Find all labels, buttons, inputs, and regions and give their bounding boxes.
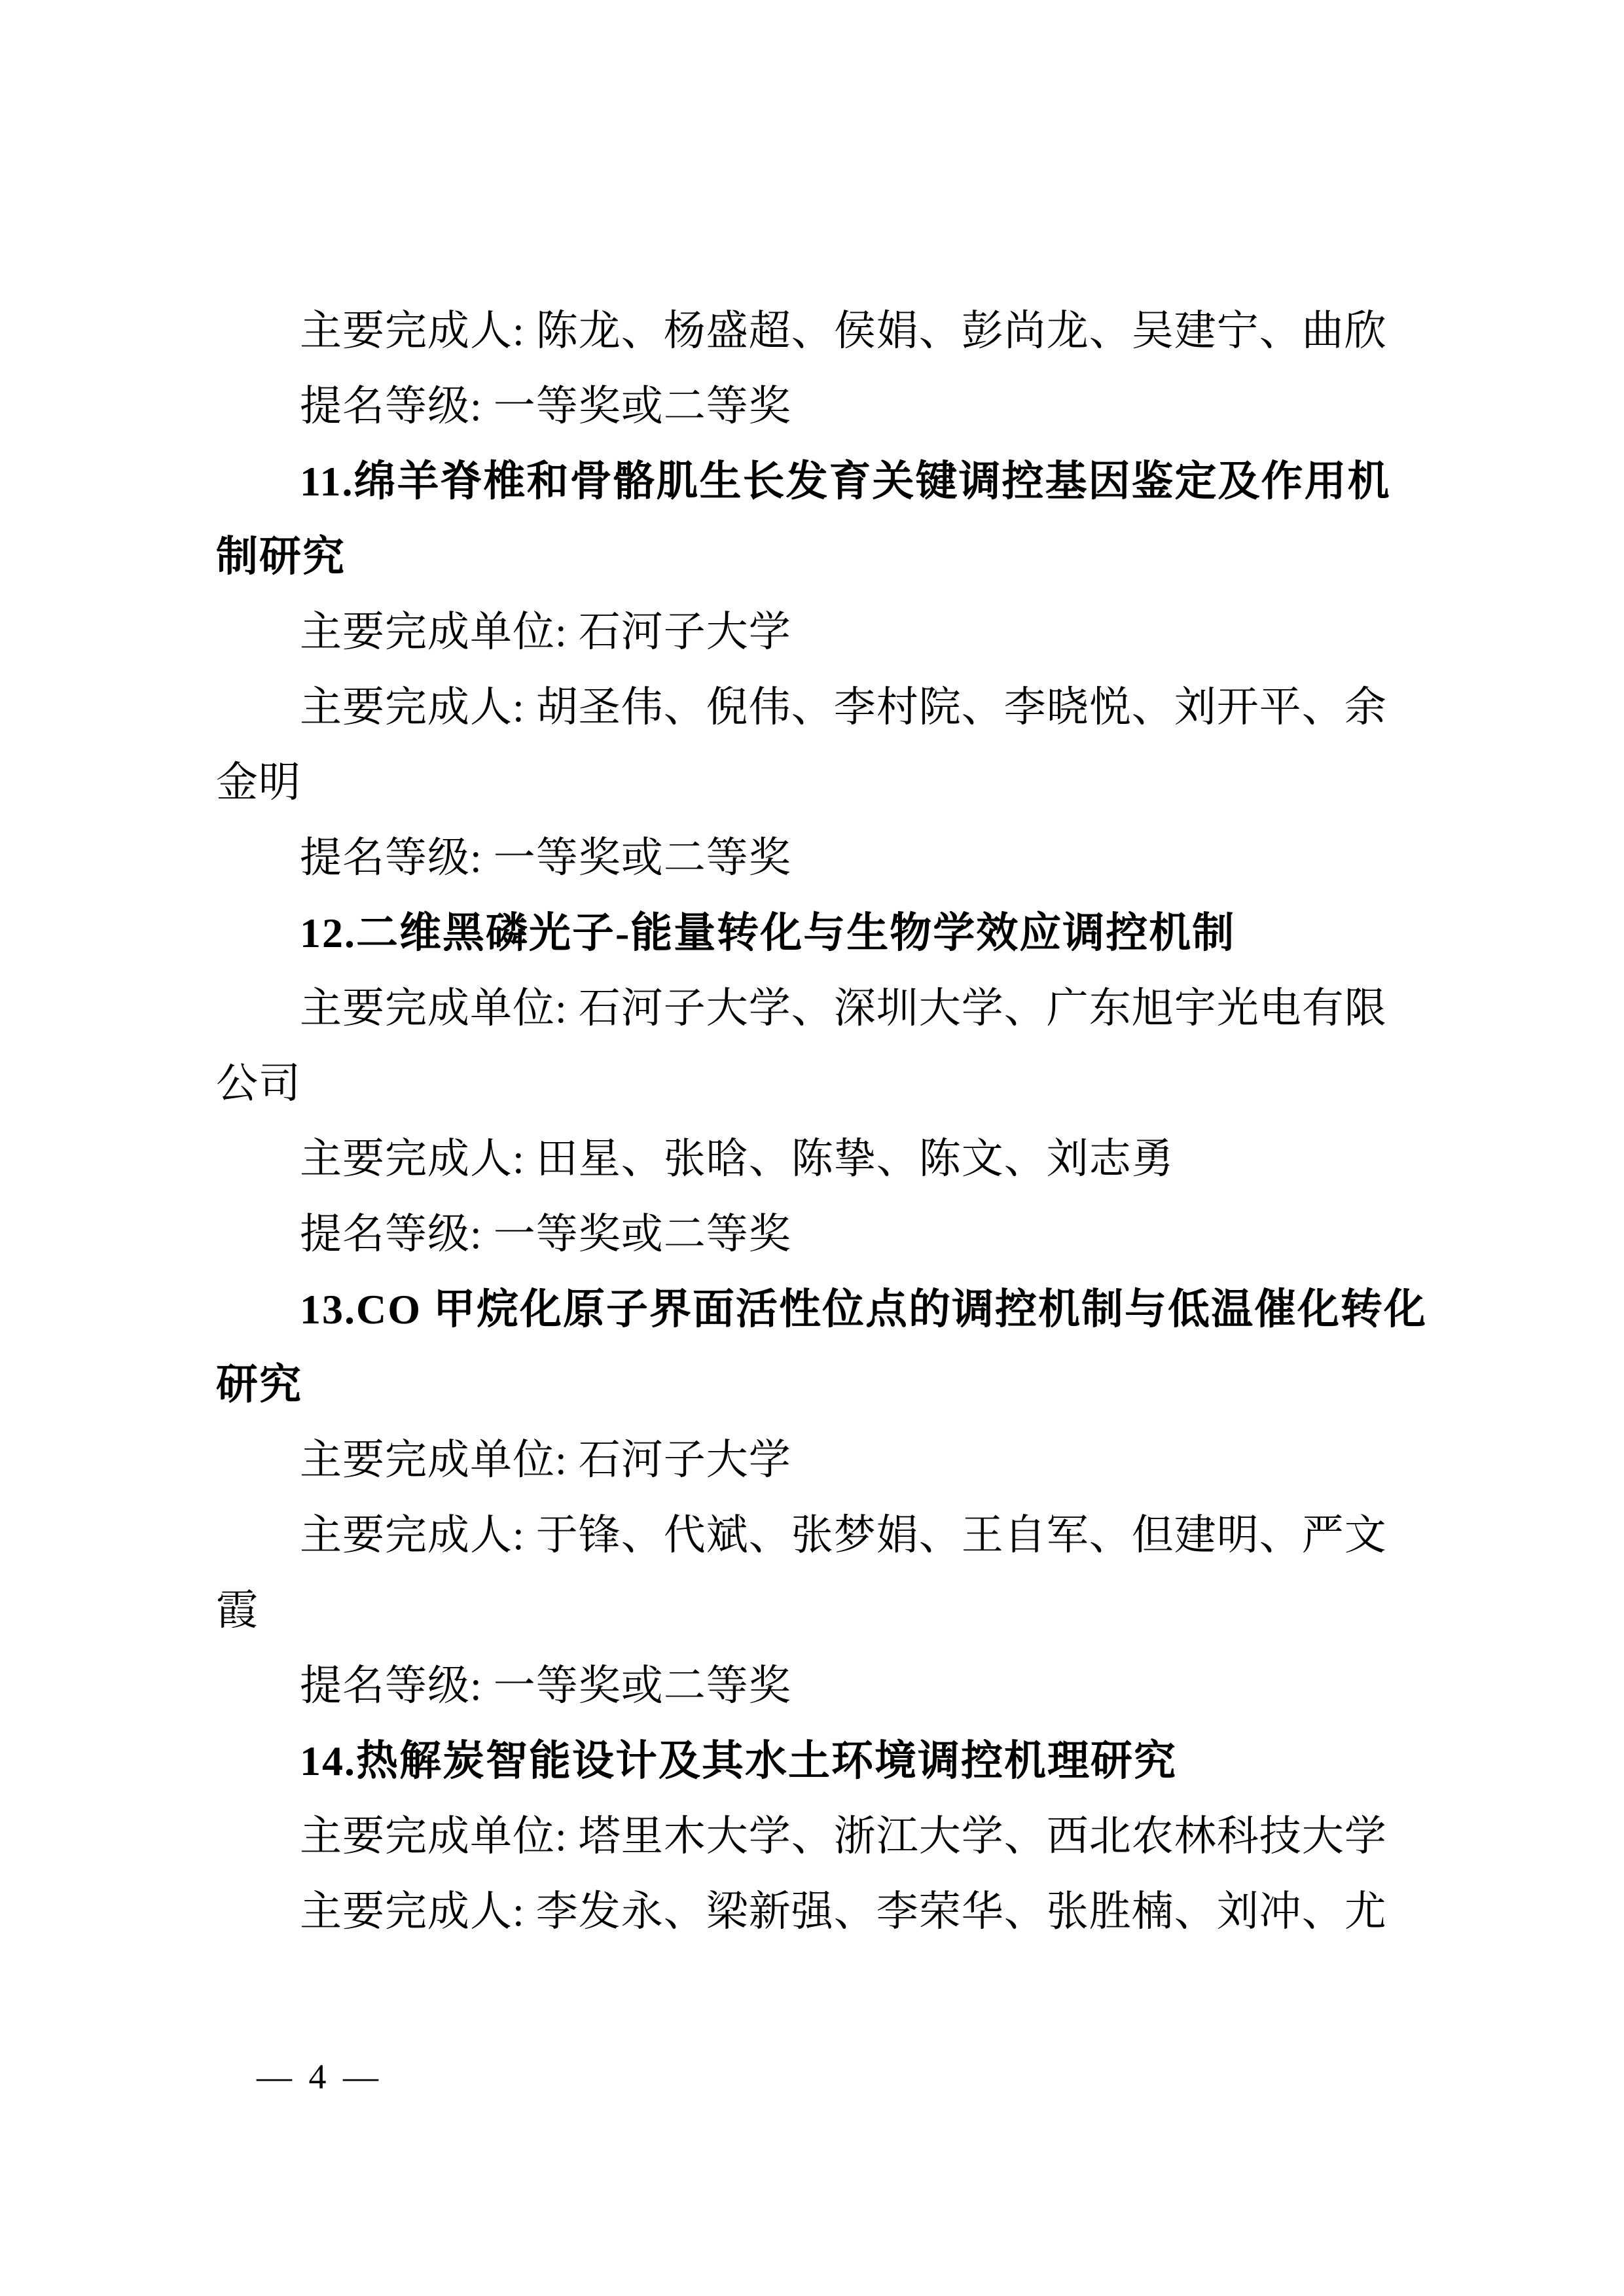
- line-completers-item11-cont: 金明: [216, 745, 1424, 820]
- document-body: 主要完成人: 陈龙、杨盛超、侯娟、彭尚龙、吴建宁、曲欣 提名等级: 一等奖或二等…: [216, 293, 1424, 1949]
- line-title-item13-cont: 研究: [216, 1347, 1424, 1422]
- line-completers-item10: 主要完成人: 陈龙、杨盛超、侯娟、彭尚龙、吴建宁、曲欣: [216, 293, 1424, 368]
- document-page: 主要完成人: 陈龙、杨盛超、侯娟、彭尚龙、吴建宁、曲欣 提名等级: 一等奖或二等…: [0, 0, 1624, 2296]
- page-number: — 4 —: [257, 2041, 382, 2113]
- line-grade-item12: 提名等级: 一等奖或二等奖: [216, 1196, 1424, 1272]
- line-completers-item14: 主要完成人: 李发永、梁新强、李荣华、张胜楠、刘冲、尤: [216, 1874, 1424, 1949]
- line-units-item12-cont: 公司: [216, 1046, 1424, 1121]
- line-completers-item13: 主要完成人: 于锋、代斌、张梦娟、王自军、但建明、严文: [216, 1498, 1424, 1573]
- line-completers-item12: 主要完成人: 田星、张晗、陈挚、陈文、刘志勇: [216, 1121, 1424, 1196]
- line-title-item11: 11.绵羊脊椎和骨骼肌生长发育关键调控基因鉴定及作用机: [216, 444, 1424, 519]
- line-units-item11: 主要完成单位: 石河子大学: [216, 594, 1424, 670]
- line-units-item13: 主要完成单位: 石河子大学: [216, 1422, 1424, 1498]
- line-grade-item11: 提名等级: 一等奖或二等奖: [216, 820, 1424, 895]
- line-title-item14: 14.热解炭智能设计及其水土环境调控机理研究: [216, 1723, 1424, 1799]
- line-title-item12: 12.二维黑磷光子-能量转化与生物学效应调控机制: [216, 895, 1424, 971]
- line-title-item11-cont: 制研究: [216, 519, 1424, 594]
- line-grade-item13: 提名等级: 一等奖或二等奖: [216, 1648, 1424, 1723]
- line-grade-item10: 提名等级: 一等奖或二等奖: [216, 368, 1424, 444]
- line-units-item14: 主要完成单位: 塔里木大学、浙江大学、西北农林科技大学: [216, 1799, 1424, 1874]
- line-title-item13: 13.CO 甲烷化原子界面活性位点的调控机制与低温催化转化: [216, 1272, 1424, 1347]
- line-units-item12: 主要完成单位: 石河子大学、深圳大学、广东旭宇光电有限: [216, 971, 1424, 1046]
- line-completers-item11: 主要完成人: 胡圣伟、倪伟、李村院、李晓悦、刘开平、余: [216, 670, 1424, 745]
- line-completers-item13-cont: 霞: [216, 1573, 1424, 1648]
